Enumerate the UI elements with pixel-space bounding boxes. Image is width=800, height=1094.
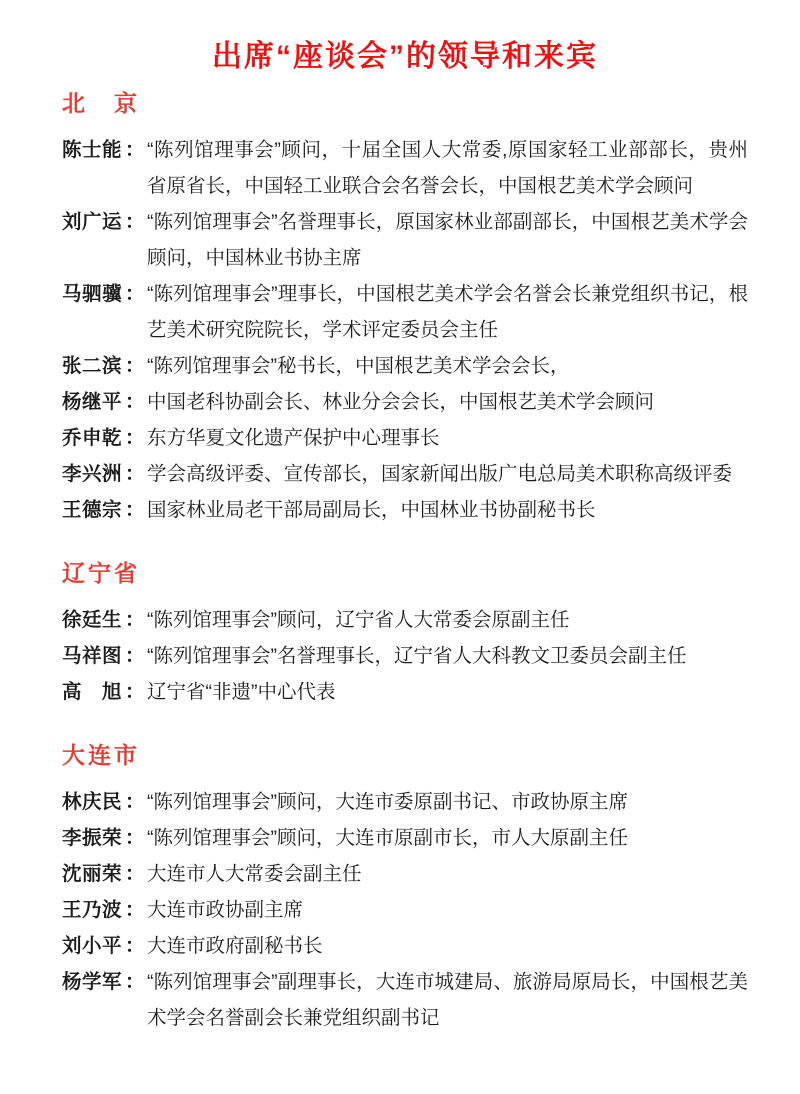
colon-separator: ： bbox=[125, 791, 145, 813]
person-name: 王德宗： bbox=[62, 492, 145, 528]
person-name: 高 旭： bbox=[62, 674, 145, 710]
list-item: 李兴洲：学会高级评委、宣传部长，国家新闻出版广电总局美术职称高级评委 bbox=[62, 456, 748, 492]
person-name: 杨学军： bbox=[62, 964, 145, 1000]
sections-container: 北 京陈士能：“陈列馆理事会”顾问，十届全国人大常委,原国家轻工业部部长，贵州省… bbox=[62, 88, 748, 1036]
list-item: 徐廷生：“陈列馆理事会”顾问，辽宁省人大常委会原副主任 bbox=[62, 602, 748, 638]
person-name: 陈士能： bbox=[62, 132, 145, 168]
person-desc: “陈列馆理事会”顾问，十届全国人大常委,原国家轻工业部部长，贵州省原省长，中国轻… bbox=[147, 139, 748, 197]
person-desc: “陈列馆理事会”名誉理事长，原国家林业部副部长，中国根艺美术学会顾问，中国林业书… bbox=[147, 211, 748, 269]
list-item: 刘广运：“陈列馆理事会”名誉理事长，原国家林业部副部长，中国根艺美术学会顾问，中… bbox=[62, 204, 748, 276]
person-desc: 辽宁省“非遗”中心代表 bbox=[147, 681, 336, 703]
person-name: 林庆民： bbox=[62, 784, 145, 820]
section-liaoning: 辽宁省徐廷生：“陈列馆理事会”顾问，辽宁省人大常委会原副主任马祥图：“陈列馆理事… bbox=[62, 558, 748, 710]
list-item: 杨学军：“陈列馆理事会”副理事长，大连市城建局、旅游局原局长，中国根艺美术学会名… bbox=[62, 964, 748, 1036]
colon-separator: ： bbox=[125, 935, 145, 957]
colon-separator: ： bbox=[125, 211, 145, 233]
list-item: 王乃波：大连市政协副主席 bbox=[62, 892, 748, 928]
colon-separator: ： bbox=[125, 463, 145, 485]
list-item: 马祥图：“陈列馆理事会”名誉理事长，辽宁省人大科教文卫委员会副主任 bbox=[62, 638, 748, 674]
section-beijing: 北 京陈士能：“陈列馆理事会”顾问，十届全国人大常委,原国家轻工业部部长，贵州省… bbox=[62, 88, 748, 528]
person-name: 徐廷生： bbox=[62, 602, 145, 638]
list-item: 刘小平：大连市政府副秘书长 bbox=[62, 928, 748, 964]
person-name: 沈丽荣： bbox=[62, 856, 145, 892]
list-item: 沈丽荣：大连市人大常委会副主任 bbox=[62, 856, 748, 892]
colon-separator: ： bbox=[125, 499, 145, 521]
list-item: 杨继平：中国老科协副会长、林业分会会长，中国根艺美术学会顾问 bbox=[62, 384, 748, 420]
person-desc: 国家林业局老干部局副局长，中国林业书协副秘书长 bbox=[147, 499, 596, 521]
person-desc: “陈列馆理事会”顾问，大连市原副市长，市人大原副主任 bbox=[147, 827, 628, 849]
person-name: 马驷骥： bbox=[62, 276, 145, 312]
person-desc: 大连市人大常委会副主任 bbox=[147, 863, 362, 885]
colon-separator: ： bbox=[125, 609, 145, 631]
colon-separator: ： bbox=[125, 971, 145, 993]
person-desc: “陈列馆理事会”名誉理事长，辽宁省人大科教文卫委员会副主任 bbox=[147, 645, 687, 667]
person-desc: 东方华夏文化遗产保护中心理事长 bbox=[147, 427, 440, 449]
list-item: 马驷骥：“陈列馆理事会”理事长，中国根艺美术学会名誉会长兼党组织书记，根艺美术研… bbox=[62, 276, 748, 348]
colon-separator: ： bbox=[125, 681, 145, 703]
person-name: 杨继平： bbox=[62, 384, 145, 420]
list-item: 李振荣：“陈列馆理事会”顾问，大连市原副市长，市人大原副主任 bbox=[62, 820, 748, 856]
section-heading-beijing: 北 京 bbox=[62, 88, 748, 118]
colon-separator: ： bbox=[125, 645, 145, 667]
colon-separator: ： bbox=[125, 355, 145, 377]
person-desc: 学会高级评委、宣传部长，国家新闻出版广电总局美术职称高级评委 bbox=[147, 463, 732, 485]
section-heading-dalian: 大连市 bbox=[62, 740, 748, 770]
list-item: 乔申乾：东方华夏文化遗产保护中心理事长 bbox=[62, 420, 748, 456]
person-desc: “陈列馆理事会”顾问，大连市委原副书记、市政协原主席 bbox=[147, 791, 628, 813]
person-name: 张二滨： bbox=[62, 348, 145, 384]
person-desc: 大连市政协副主席 bbox=[147, 899, 303, 921]
list-item: 高 旭：辽宁省“非遗”中心代表 bbox=[62, 674, 748, 710]
list-item: 林庆民：“陈列馆理事会”顾问，大连市委原副书记、市政协原主席 bbox=[62, 784, 748, 820]
person-desc: “陈列馆理事会”顾问，辽宁省人大常委会原副主任 bbox=[147, 609, 570, 631]
colon-separator: ： bbox=[125, 827, 145, 849]
person-name: 乔申乾： bbox=[62, 420, 145, 456]
person-desc: “陈列馆理事会”理事长，中国根艺美术学会名誉会长兼党组织书记，根艺美术研究院院长… bbox=[147, 283, 748, 341]
colon-separator: ： bbox=[125, 139, 145, 161]
colon-separator: ： bbox=[125, 863, 145, 885]
person-name: 李兴洲： bbox=[62, 456, 145, 492]
colon-separator: ： bbox=[125, 899, 145, 921]
document-page: 出席“座谈会”的领导和来宾 北 京陈士能：“陈列馆理事会”顾问，十届全国人大常委… bbox=[0, 0, 800, 1094]
page-title: 出席“座谈会”的领导和来宾 bbox=[62, 38, 748, 76]
person-desc: 中国老科协副会长、林业分会会长，中国根艺美术学会顾问 bbox=[147, 391, 654, 413]
list-item: 王德宗：国家林业局老干部局副局长，中国林业书协副秘书长 bbox=[62, 492, 748, 528]
person-name: 王乃波： bbox=[62, 892, 145, 928]
colon-separator: ： bbox=[125, 427, 145, 449]
person-desc: 大连市政府副秘书长 bbox=[147, 935, 323, 957]
person-name: 马祥图： bbox=[62, 638, 145, 674]
list-item: 陈士能：“陈列馆理事会”顾问，十届全国人大常委,原国家轻工业部部长，贵州省原省长… bbox=[62, 132, 748, 204]
section-dalian: 大连市林庆民：“陈列馆理事会”顾问，大连市委原副书记、市政协原主席李振荣：“陈列… bbox=[62, 740, 748, 1036]
person-desc: “陈列馆理事会”副理事长，大连市城建局、旅游局原局长，中国根艺美术学会名誉副会长… bbox=[147, 971, 748, 1029]
colon-separator: ： bbox=[125, 391, 145, 413]
person-name: 刘广运： bbox=[62, 204, 145, 240]
person-name: 李振荣： bbox=[62, 820, 145, 856]
list-item: 张二滨：“陈列馆理事会”秘书长，中国根艺美术学会会长， bbox=[62, 348, 748, 384]
colon-separator: ： bbox=[125, 283, 145, 305]
person-desc: “陈列馆理事会”秘书长，中国根艺美术学会会长， bbox=[147, 355, 570, 377]
section-heading-liaoning: 辽宁省 bbox=[62, 558, 748, 588]
person-name: 刘小平： bbox=[62, 928, 145, 964]
